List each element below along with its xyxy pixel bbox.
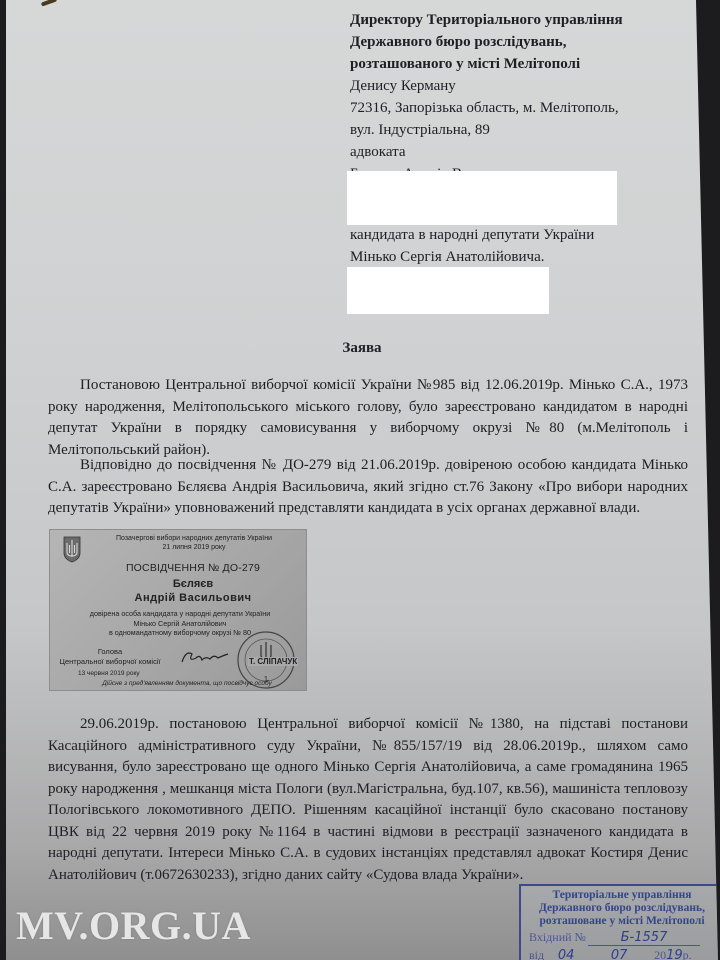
signature-icon xyxy=(180,648,230,666)
candidate-role: кандидата в народні депутати України xyxy=(350,224,690,246)
redaction-box xyxy=(347,267,549,314)
certificate-image: Позачергові вибори народних депутатів Ук… xyxy=(50,530,306,690)
stamp-date-row: від04072019р. xyxy=(529,948,692,960)
certificate-footer: Дійсне з пред'явленням документа, що пос… xyxy=(80,680,294,687)
document-page: Директору Територіального управління Дер… xyxy=(6,0,718,960)
stamp-year-unit: р. xyxy=(683,948,692,960)
stamp-org-line: Територіальне управління xyxy=(521,889,720,902)
certificate-election: Позачергові вибори народних депутатів Ук… xyxy=(88,534,300,543)
paragraph: Постановою Центральної виборчої комісії … xyxy=(48,375,688,461)
certificate-election-date: 21 липня 2019 року xyxy=(88,543,300,552)
certificate-head-title: Голова Центральної виборчої комісії xyxy=(52,647,168,666)
certificate-surname: Бєляєв xyxy=(50,578,306,590)
stamp-year: 2019р. xyxy=(654,948,692,960)
certificate-signer: Т. СЛІПАЧУК xyxy=(248,657,298,666)
stamp-date-label: від xyxy=(529,948,544,960)
stamp-month: 07 xyxy=(594,948,644,960)
addressee-line: розташованого у місті Мелітополі xyxy=(350,53,690,75)
paragraph: 29.06.2019р. постановою Центральної вибо… xyxy=(48,714,688,886)
certificate-role-line: Мінько Сергій Анатолійович xyxy=(60,619,300,629)
applicant-role: адвоката xyxy=(350,141,690,163)
stamp-incoming-number: Б-1557 xyxy=(588,930,700,946)
stamp-org-line: розташоване у місті Мелітополі xyxy=(521,915,720,928)
addressee-name: Денису Керману xyxy=(350,75,690,97)
stamp-organization: Територіальне управління Державного бюро… xyxy=(521,889,720,928)
stamp-day: 04 xyxy=(546,948,586,960)
stamp-incoming-label: Вхідний № xyxy=(529,930,586,944)
addressee-line: Державного бюро розслідувань, xyxy=(350,31,690,53)
candidate-name: Мінько Сергія Анатолійовича. xyxy=(350,246,690,268)
candidate-block: кандидата в народні депутати України Мін… xyxy=(350,224,690,268)
stamp-year-prefix: 20 xyxy=(654,948,666,960)
certificate-given-names: Андрій Васильович xyxy=(50,592,306,604)
stamp-year-suffix: 19 xyxy=(666,948,683,960)
redaction-box xyxy=(347,171,617,225)
pen-mark xyxy=(41,0,57,7)
certificate-head-line: Голова xyxy=(52,647,168,657)
addressee-street: вул. Індустріальна, 89 xyxy=(350,119,690,141)
addressee-address: 72316, Запорізька область, м. Мелітополь… xyxy=(350,97,690,119)
certificate-header: Позачергові вибори народних депутатів Ук… xyxy=(88,534,300,552)
addressee-line: Директору Територіального управління xyxy=(350,9,690,31)
certificate-role-line: довірена особа кандидата у народні депут… xyxy=(60,609,300,619)
stamp-org-line: Державного бюро розслідувань, xyxy=(521,902,720,915)
document-title: Заява xyxy=(6,340,718,357)
paragraph: Відповідно до посвідчення № ДО-279 від 2… xyxy=(48,455,688,520)
watermark: MV.ORG.UA xyxy=(16,902,251,949)
incoming-registration-stamp: Територіальне управління Державного бюро… xyxy=(519,884,720,960)
addressee-block: Директору Територіального управління Дер… xyxy=(350,9,690,141)
stamp-incoming-row: Вхідний №Б-1557 xyxy=(529,930,700,946)
certificate-issue-date: 13 червня 2019 року xyxy=(78,670,140,677)
trident-emblem-icon xyxy=(62,535,82,563)
certificate-number: ПОСВІДЧЕННЯ № ДО-279 xyxy=(50,562,306,574)
certificate-head-line: Центральної виборчої комісії xyxy=(52,657,168,667)
